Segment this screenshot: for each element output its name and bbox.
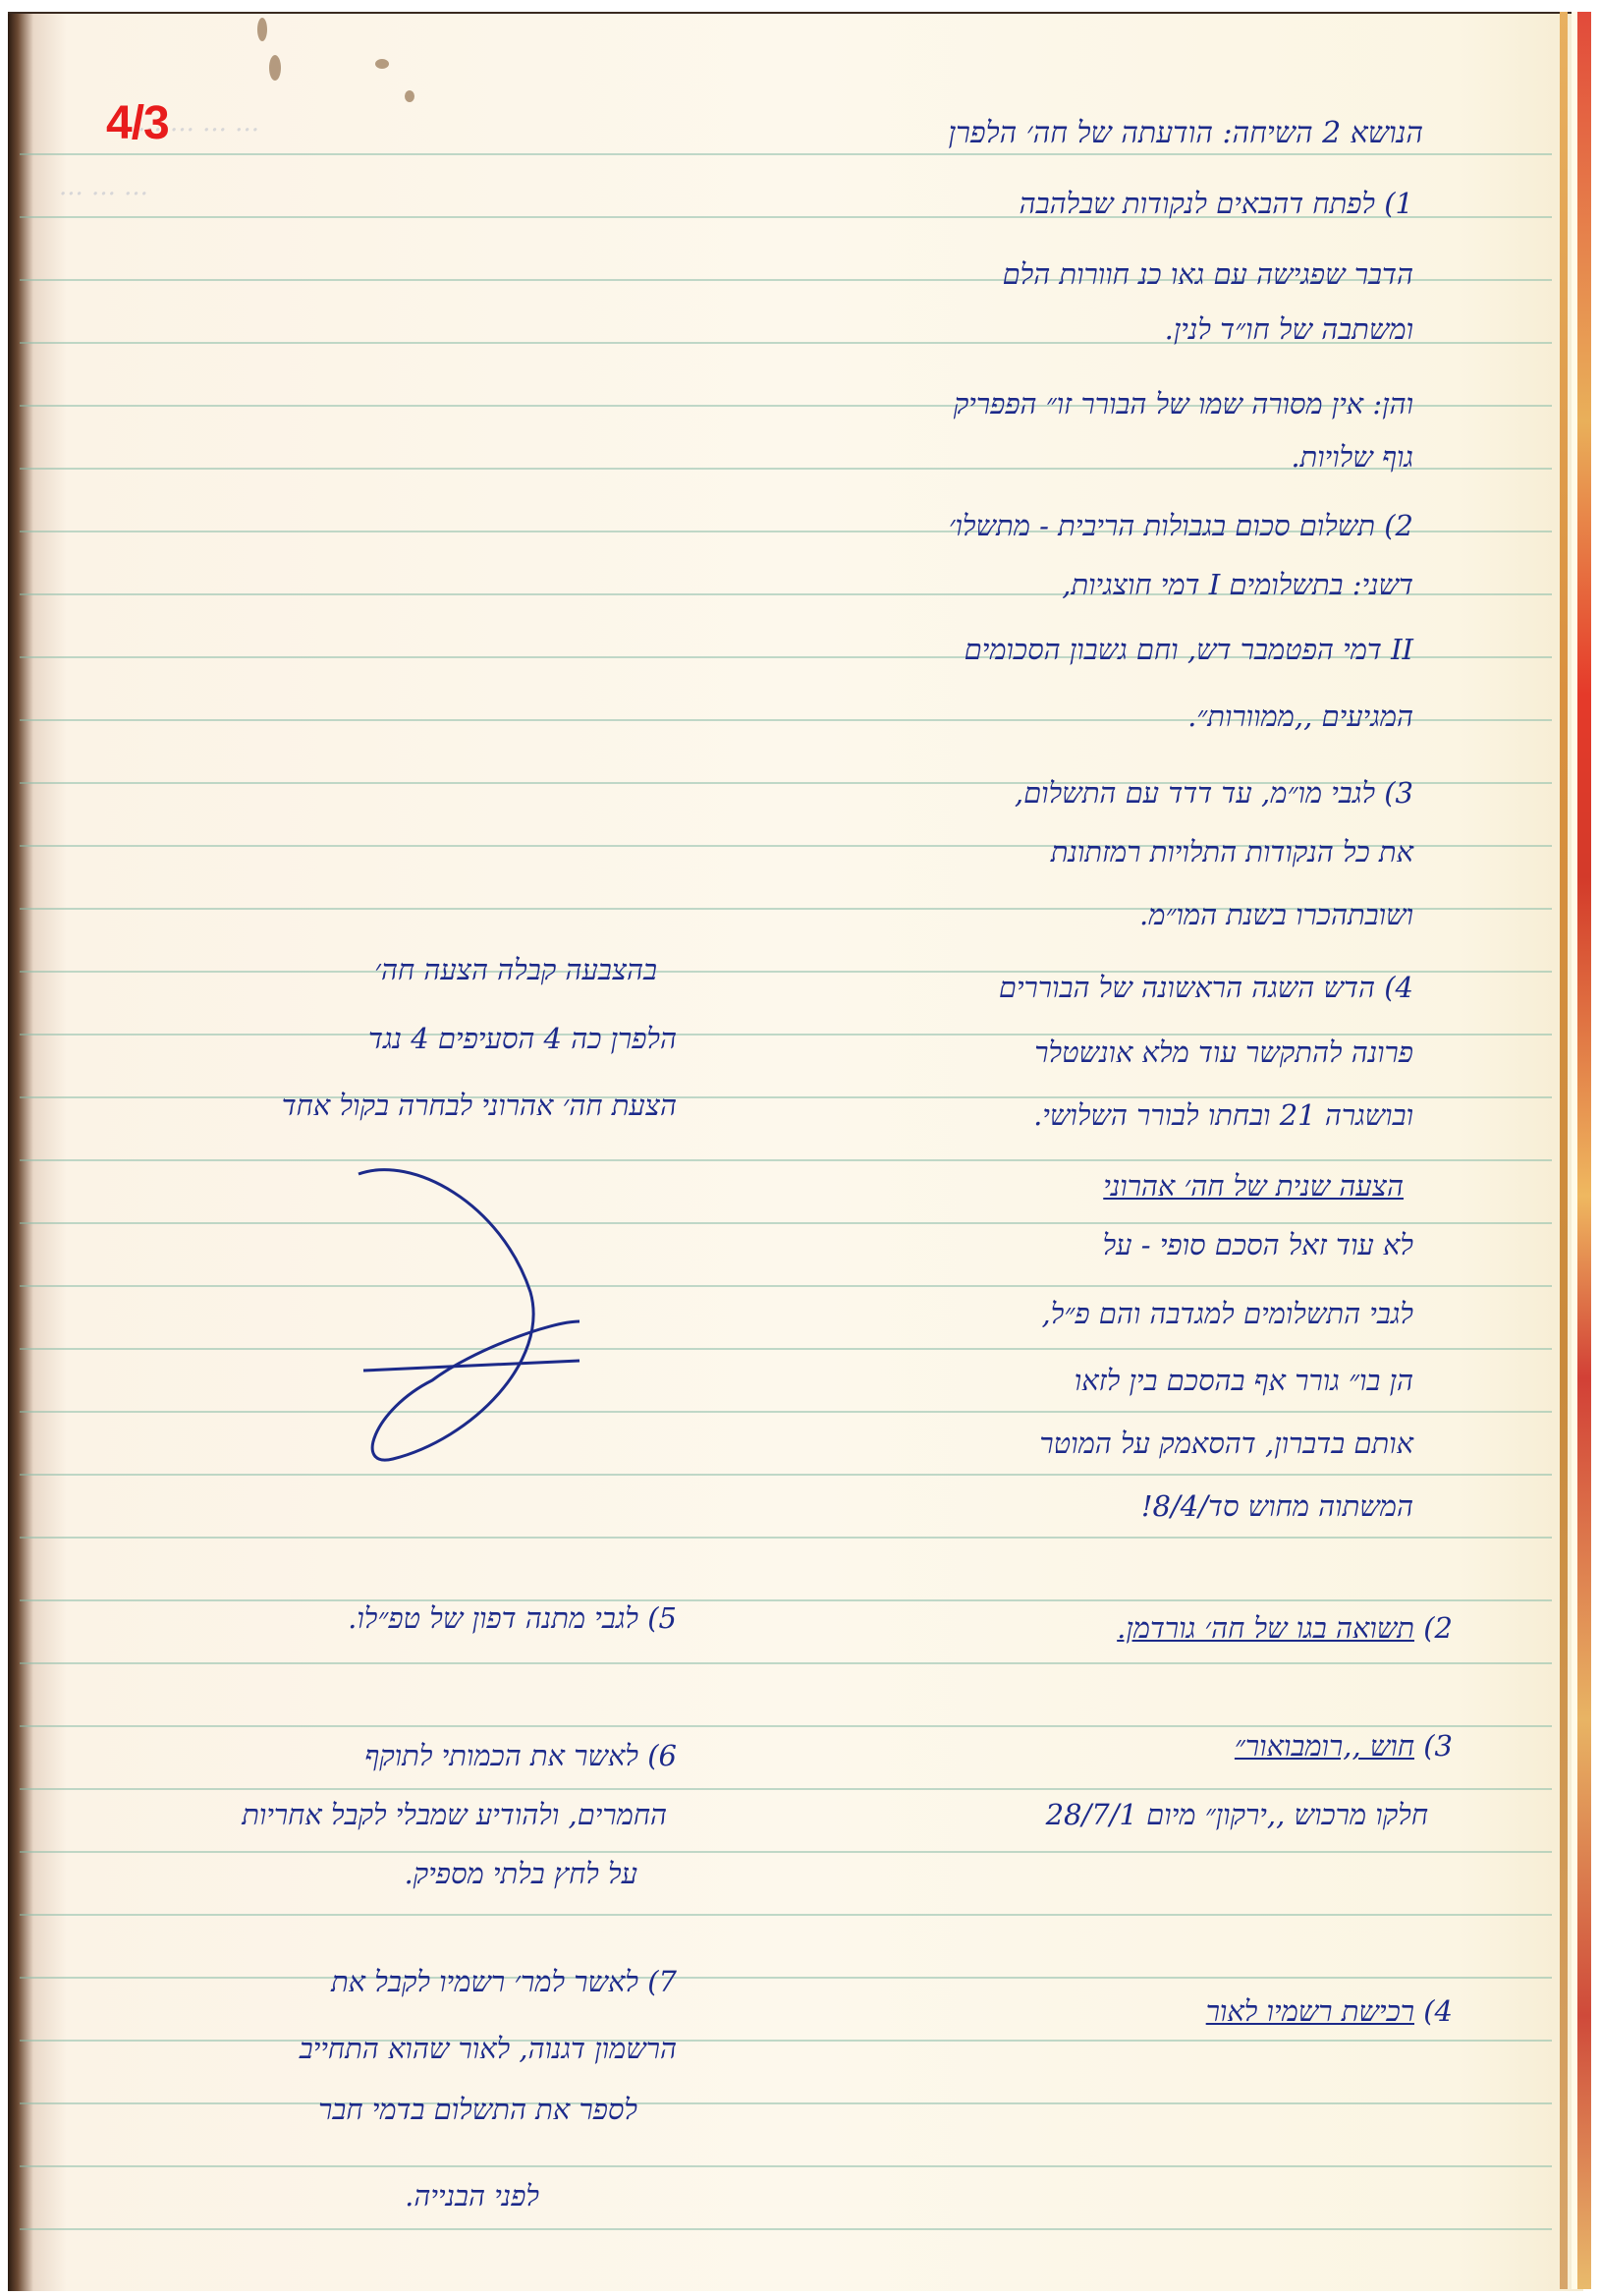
rule-line	[20, 2102, 1552, 2104]
agenda-item-5: 5) לגבי מתנה דפון של טפ״לו.	[348, 1601, 677, 1636]
margin-note-line: בהצבעה קבלה הצעה חה׳	[374, 953, 657, 987]
line: אותם בדברון, דהסאמק על המוטר	[1039, 1427, 1413, 1461]
rule-line	[20, 1662, 1552, 1664]
rule-line	[20, 1599, 1552, 1601]
line: 2) תשלום סכום בגבולות הריבית - מתשלו׳	[949, 509, 1413, 543]
line: גוף שלויות.	[1291, 440, 1413, 475]
line: הדבר שפגישה עם גאו כנ חוורות הלם	[1003, 257, 1413, 292]
item-number: 7)	[647, 1965, 677, 1998]
item-text: לאשר למר׳ רשמיו לקבל את	[331, 1965, 638, 1998]
agenda-item-7: 7) לאשר למר׳ רשמיו לקבל את	[331, 1965, 677, 1999]
paper-stain	[257, 18, 267, 41]
rule-line	[20, 1977, 1552, 1979]
subheading: הצעה שנית של חה׳ אהרוני	[1103, 1169, 1404, 1204]
rule-line	[20, 1285, 1552, 1287]
line: פרונה להתקשר עוד מלא אונשטלר	[1034, 1036, 1413, 1070]
item-number: 2)	[1423, 1611, 1453, 1645]
item-number: 4)	[1423, 1994, 1453, 2028]
item-text: לאשר את הכמותי לתוקף	[364, 1739, 638, 1772]
page-label: 4/3	[106, 96, 169, 150]
item-number: 3)	[1423, 1729, 1453, 1763]
agenda-item-6-line: על לחץ בלתי מספיק.	[404, 1857, 637, 1891]
bleed-through-text: ... ... ...	[59, 172, 148, 201]
binding-edge	[1577, 12, 1591, 2289]
signature	[354, 1164, 609, 1488]
rule-line	[20, 1725, 1552, 1727]
item-number: 5)	[647, 1601, 677, 1635]
agenda-item-7-line: הרשמון דגנוה, לאור שהוא התחייב	[300, 2032, 677, 2066]
line: 4) הדש השגה הראשונה של הבוררים	[999, 971, 1413, 1005]
section-heading: הנושא 2 השיחה: הודעתה של חה׳ הלפרן	[948, 116, 1423, 151]
agenda-item-7-line: לפני הבנייה.	[405, 2179, 539, 2213]
paper-stain	[269, 55, 281, 81]
rule-line	[20, 1222, 1552, 1224]
agenda-item-6-line: החמרים, ולהודיע שמבלי לקבל אחריות	[242, 1798, 667, 1832]
line: הן בו״ גורר אף בהסכם בין לזאו	[1075, 1364, 1413, 1398]
line: דשני: בתשלומים I דמי חוצגיות,	[1062, 568, 1413, 602]
paper-stain	[405, 90, 414, 102]
rule-line	[20, 1159, 1552, 1161]
line: לגבי התשלומים למגדבה והם פ״ל,	[1042, 1297, 1413, 1331]
item-text: תשואה בגו של חה׳ גורדמן.	[1117, 1611, 1414, 1645]
line: המשתוה מחוש סד/8/4!	[1141, 1489, 1413, 1524]
rule-line	[20, 1348, 1552, 1350]
rule-line	[20, 2228, 1552, 2230]
agenda-item-3: 3) חוש ,,רומבואור״	[1235, 1729, 1453, 1764]
rule-line	[20, 1411, 1552, 1413]
binding-edge	[1560, 12, 1568, 2289]
line: לא עוד זאל הסכם סופי - על	[1103, 1228, 1413, 1262]
line: והן: אין מסורה שמו של הבורר זו״ הפפריק	[954, 387, 1413, 421]
notebook-page	[8, 12, 1583, 2291]
line: 1) לפתח דהבאים לנקודות שבלהבה	[1020, 187, 1413, 221]
rule-line	[20, 1474, 1552, 1476]
rule-line	[20, 1788, 1552, 1790]
line: 3) לגבי מו״מ, עד דדד עם התשלום,	[1015, 776, 1413, 811]
line: II דמי הפטמבר דש, וחם גשבון הסכומים	[965, 633, 1413, 667]
item-text: לגבי מתנה דפון של טפ״לו.	[348, 1601, 638, 1635]
line: ובושגרה 21 ובחתו לבורר השלושי.	[1033, 1098, 1413, 1133]
item-text: רכישת רשמיו לאור	[1206, 1994, 1414, 2028]
rule-line	[20, 1914, 1552, 1916]
rule-line	[20, 1537, 1552, 1539]
rule-line	[20, 2040, 1552, 2042]
item-number: 6)	[647, 1739, 677, 1772]
paper-stain	[375, 59, 389, 69]
agenda-item-6: 6) לאשר את הכמותי לתוקף	[364, 1739, 677, 1773]
line: ושובתהכרו בשנת המו״מ.	[1139, 898, 1413, 932]
rule-line	[20, 1851, 1552, 1853]
agenda-item-4: 4) רכישת רשמיו לאור	[1206, 1994, 1453, 2029]
agenda-item-2: 2) תשואה בגו של חה׳ גורדמן.	[1117, 1611, 1453, 1646]
line: ומשתבה של חו״ד לנין.	[1165, 312, 1413, 347]
line: את כל הנקודות התלויות רמזתונת	[1051, 835, 1413, 869]
rule-line	[20, 2165, 1552, 2167]
agenda-item-3-detail: חלקו מרכוש ,,ירקון״ מיום 28/7/1	[1046, 1798, 1428, 1832]
line: המגיעים ,,ממוורות״.	[1187, 700, 1413, 734]
margin-note-line: הצעת חה׳ אהרוני לבחרה בקול אחד	[282, 1089, 677, 1123]
margin-note-line: הלפרן כה 4 הסעיפים 4 נגד	[368, 1022, 677, 1056]
item-text: חוש ,,רומבואור״	[1235, 1729, 1414, 1763]
agenda-item-7-line: לספר את התשלום בדמי חבר	[318, 2093, 637, 2127]
heading-text: הנושא 2 השיחה: הודעתה של חה׳ הלפרן	[948, 116, 1423, 150]
rule-line	[20, 153, 1552, 155]
